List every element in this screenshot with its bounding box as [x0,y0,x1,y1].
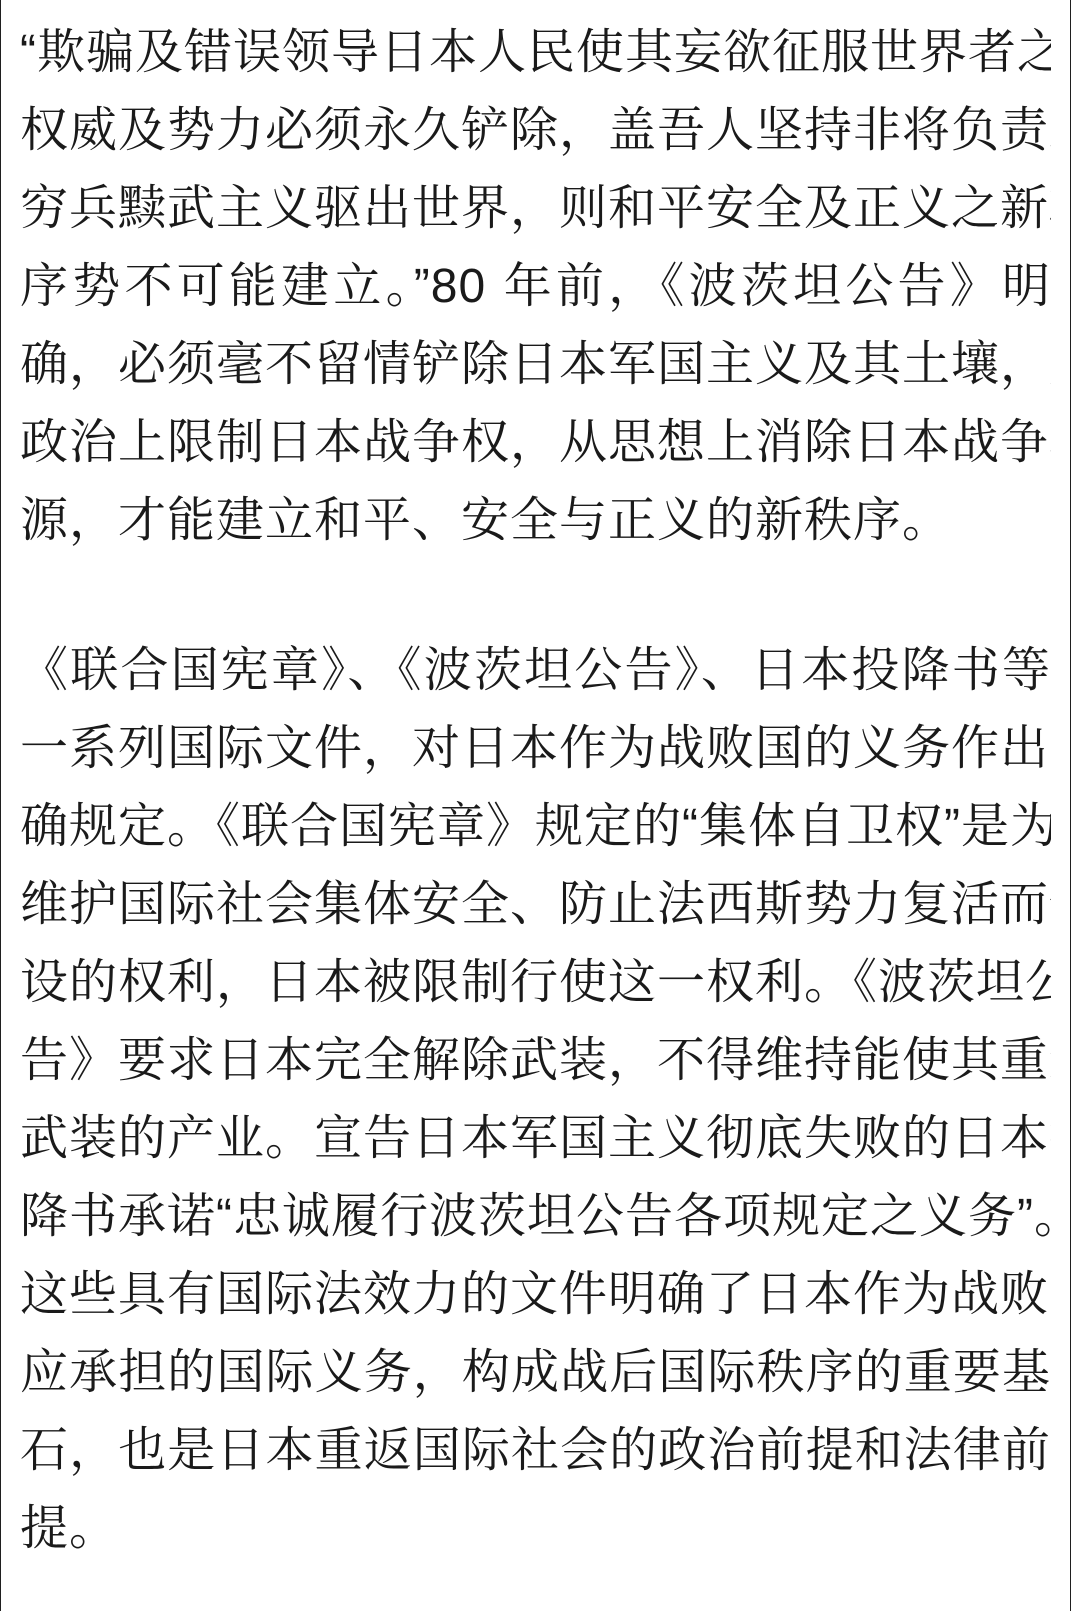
text-line: 《联合国宪章》、《波茨坦公告》、日本投降书等 [20,632,1051,710]
text-line: 石，也是日本重返国际社会的政治前提和法律前 [20,1412,1051,1490]
article-body: “欺骗及错误领导日本人民使其妄欲征服世界者之 权威及势力必须永久铲除，盖吾人坚持… [20,14,1051,1568]
text-line: 应承担的国际义务，构成战后国际秩序的重要基 [20,1334,1051,1412]
text-line: 序势不可能建立。”80 年前，《波茨坦公告》明 [20,248,1051,326]
article-page: “欺骗及错误领导日本人民使其妄欲征服世界者之 权威及势力必须永久铲除，盖吾人坚持… [0,0,1071,1611]
text-line: 穷兵黩武主义驱出世界，则和平安全及正义之新秩 [20,170,1051,248]
text-line: 确，必须毫不留情铲除日本军国主义及其土壤，从 [20,326,1051,404]
left-edge-line [0,0,1,1611]
text-line: 这些具有国际法效力的文件明确了日本作为战败国 [20,1256,1051,1334]
text-line: 武装的产业。宣告日本军国主义彻底失败的日本投 [20,1100,1051,1178]
paragraph-1: “欺骗及错误领导日本人民使其妄欲征服世界者之 权威及势力必须永久铲除，盖吾人坚持… [20,14,1051,560]
text-line: 维护国际社会集体安全、防止法西斯势力复活而创 [20,866,1051,944]
text-line: 降书承诺“忠诚履行波茨坦公告各项规定之义务”。 [20,1178,1051,1256]
text-line: 源，才能建立和平、安全与正义的新秩序。 [20,482,1051,560]
text-line: 确规定。《联合国宪章》规定的“集体自卫权”是为 [20,788,1051,866]
text-line: 政治上限制日本战争权，从思想上消除日本战争根 [20,404,1051,482]
text-line: 提。 [20,1490,1051,1568]
text-line: 一系列国际文件，对日本作为战败国的义务作出明 [20,710,1051,788]
text-line: 告》要求日本完全解除武装，不得维持能使其重新 [20,1022,1051,1100]
text-line: “欺骗及错误领导日本人民使其妄欲征服世界者之 [20,14,1051,92]
paragraph-2: 《联合国宪章》、《波茨坦公告》、日本投降书等 一系列国际文件，对日本作为战败国的… [20,632,1051,1568]
text-line: 设的权利，日本被限制行使这一权利。《波茨坦公 [20,944,1051,1022]
text-line: 权威及势力必须永久铲除，盖吾人坚持非将负责之 [20,92,1051,170]
